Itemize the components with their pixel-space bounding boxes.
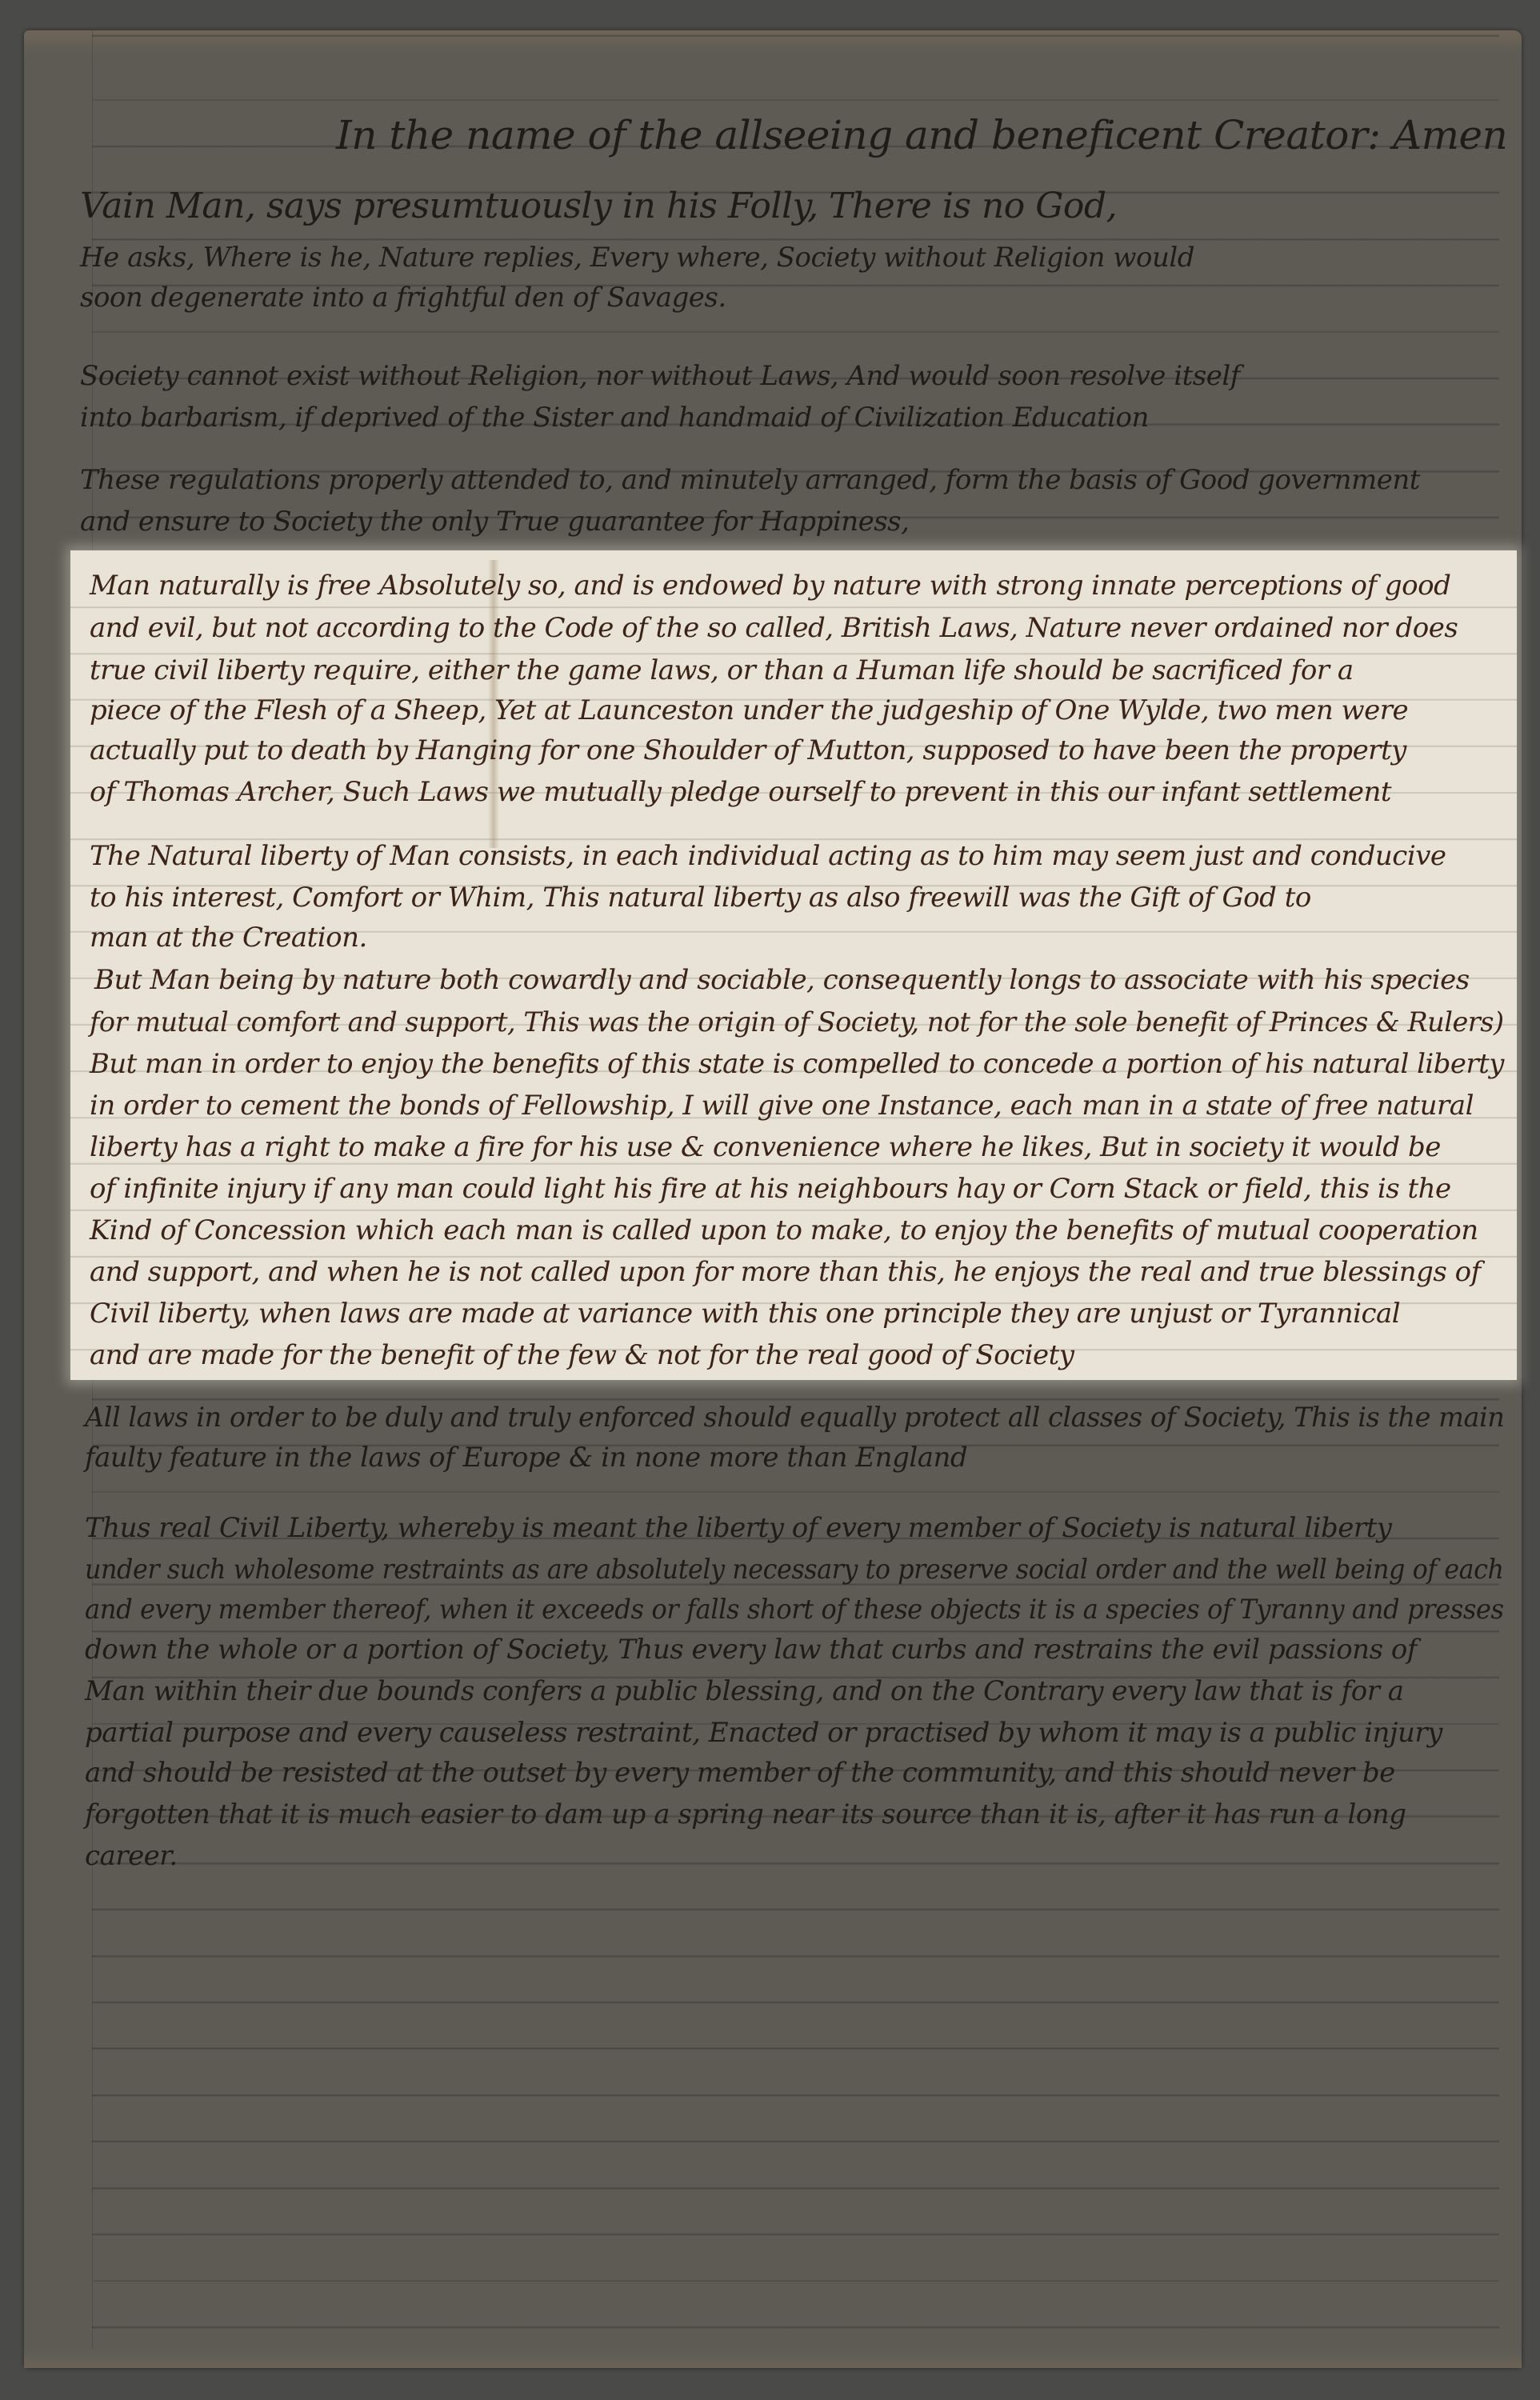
text-line: soon degenerate into a frightful den of …: [80, 282, 726, 314]
text-line: All laws in order to be duly and truly e…: [85, 1402, 1504, 1434]
text-line: Vain Man, says presumtuously in his Foll…: [80, 186, 1117, 226]
text-line: Thus real Civil Liberty, whereby is mean…: [85, 1512, 1392, 1544]
text-line: partial purpose and every causeless rest…: [85, 1717, 1442, 1749]
text-line: and support, and when he is not called u…: [90, 1256, 1481, 1288]
text-line: piece of the Flesh of a Sheep, Yet at La…: [90, 694, 1408, 726]
text-line: faulty feature in the laws of Europe & i…: [85, 1442, 967, 1474]
text-line: of infinite injury if any man could ligh…: [90, 1173, 1451, 1205]
text-line: down the whole or a portion of Society, …: [85, 1634, 1417, 1666]
text-line: actually put to death by Hanging for one…: [90, 734, 1406, 766]
text-line: true civil liberty require, either the g…: [90, 654, 1354, 686]
text-line: Civil liberty, when laws are made at var…: [90, 1298, 1400, 1330]
text-line: forgotten that it is much easier to dam …: [85, 1798, 1406, 1830]
text-line: and are made for the benefit of the few …: [90, 1339, 1074, 1371]
text-line: for mutual comfort and support, This was…: [90, 1006, 1504, 1038]
text-line: The Natural liberty of Man consists, in …: [90, 840, 1446, 872]
text-line: But man in order to enjoy the benefits o…: [90, 1048, 1504, 1080]
text-line: into barbarism, if deprived of the Siste…: [80, 402, 1149, 434]
text-line: He asks, Where is he, Nature replies, Ev…: [80, 242, 1194, 274]
text-line: Man naturally is free Absolutely so, and…: [90, 570, 1450, 602]
text-line: But Man being by nature both cowardly an…: [94, 964, 1470, 996]
text-line: and ensure to Society the only True guar…: [80, 506, 909, 538]
text-line: and every member thereof, when it exceed…: [85, 1594, 1504, 1626]
text-line: man at the Creation.: [90, 922, 367, 954]
torn-bottom-edge: [24, 2349, 1522, 2368]
text-line: in order to cement the bonds of Fellowsh…: [90, 1090, 1474, 1122]
text-line: and evil, but not according to the Code …: [90, 612, 1458, 644]
text-line: to his interest, Comfort or Whim, This n…: [90, 882, 1311, 914]
text-line: Society cannot exist without Religion, n…: [80, 360, 1240, 392]
text-line: career.: [85, 1840, 178, 1872]
text-line: and should be resisted at the outset by …: [85, 1757, 1395, 1789]
text-line: These regulations properly attended to, …: [80, 464, 1420, 496]
text-line: liberty has a right to make a fire for h…: [90, 1131, 1441, 1163]
document-title: In the name of the allseeing and benefic…: [336, 112, 1507, 158]
text-line: Man within their due bounds confers a pu…: [85, 1675, 1404, 1707]
text-line: of Thomas Archer, Such Laws we mutually …: [90, 776, 1391, 808]
text-line: Kind of Concession which each man is cal…: [90, 1214, 1478, 1246]
text-line: under such wholesome restraints as are a…: [85, 1554, 1504, 1586]
